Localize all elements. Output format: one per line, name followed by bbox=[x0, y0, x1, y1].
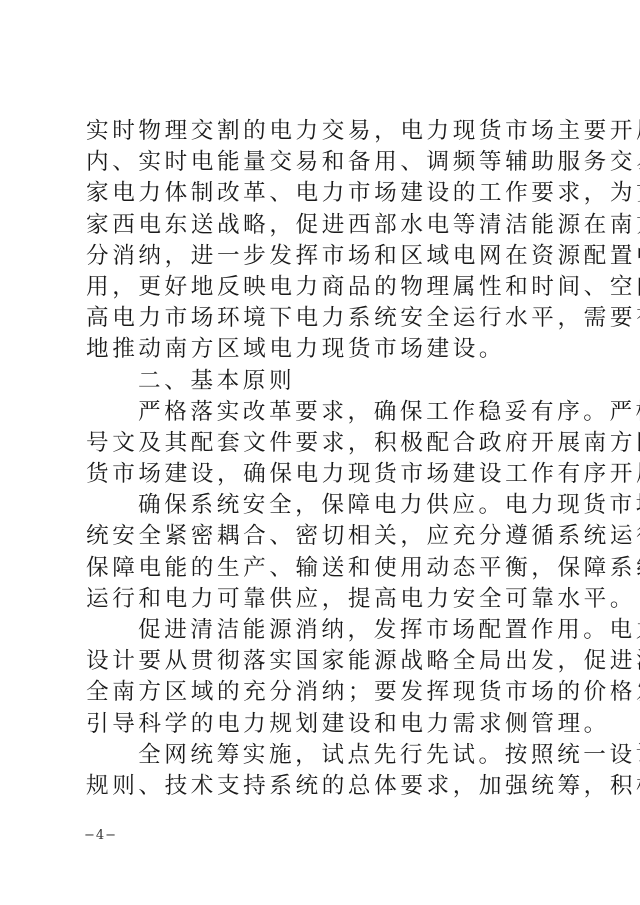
page-number: −4− bbox=[84, 828, 117, 843]
text-line: 统安全紧密耦合、密切相关，应充分遵循系统运行客观规律、 bbox=[86, 521, 562, 552]
text-line: 分消纳，进一步发挥市场和区域电网在资源配置中的优化作 bbox=[86, 241, 562, 272]
document-body: 实时物理交割的电力交易，电力现货市场主要开展日前、日 内、实时电能量交易和备用、… bbox=[86, 116, 562, 802]
text-line: 家电力体制改革、电力市场建设的工作要求，为贯彻落实国 bbox=[86, 178, 562, 209]
text-line: 运行和电力可靠供应，提高电力安全可靠水平。 bbox=[86, 584, 562, 615]
paragraph-start: 确保系统安全，保障电力供应。电力现货市场交易与系 bbox=[86, 490, 562, 521]
text-line: 内、实时电能量交易和备用、调频等辅助服务交易。按照国 bbox=[86, 147, 562, 178]
text-line: 用，更好地反映电力商品的物理属性和时间、空间价值，提 bbox=[86, 272, 562, 303]
text-line: 高电力市场环境下电力系统安全运行水平，需要有序、稳妥 bbox=[86, 303, 562, 334]
text-line: 引导科学的电力规划建设和电力需求侧管理。 bbox=[86, 709, 562, 740]
text-line: 全南方区域的充分消纳；要发挥现货市场的价格发现作用， bbox=[86, 677, 562, 708]
section-heading: 二、基本原则 bbox=[86, 366, 562, 397]
text-line: 保障电能的生产、输送和使用动态平衡，保障系统安全稳定 bbox=[86, 553, 562, 584]
paragraph-start: 严格落实改革要求，确保工作稳妥有序。严格按照中发 9 bbox=[86, 397, 562, 428]
text-line: 设计要从贯彻落实国家能源战略全局出发，促进清洁能源在 bbox=[86, 646, 562, 677]
text-line: 实时物理交割的电力交易，电力现货市场主要开展日前、日 bbox=[86, 116, 562, 147]
paragraph-start: 全网统筹实施，试点先行先试。按照统一设计市场交易 bbox=[86, 740, 562, 771]
paragraph-start: 促进清洁能源消纳，发挥市场配置作用。电力现货市场 bbox=[86, 615, 562, 646]
text-line: 规则、技术支持系统的总体要求，加强统筹，积极稳妥推进 bbox=[86, 771, 562, 802]
text-line: 地推动南方区域电力现货市场建设。 bbox=[86, 334, 562, 365]
text-line: 货市场建设，确保电力现货市场建设工作有序开展。 bbox=[86, 459, 562, 490]
text-line: 号文及其配套文件要求，积极配合政府开展南方区域电力现 bbox=[86, 428, 562, 459]
text-line: 家西电东送战略，促进西部水电等清洁能源在南方区域的充 bbox=[86, 210, 562, 241]
